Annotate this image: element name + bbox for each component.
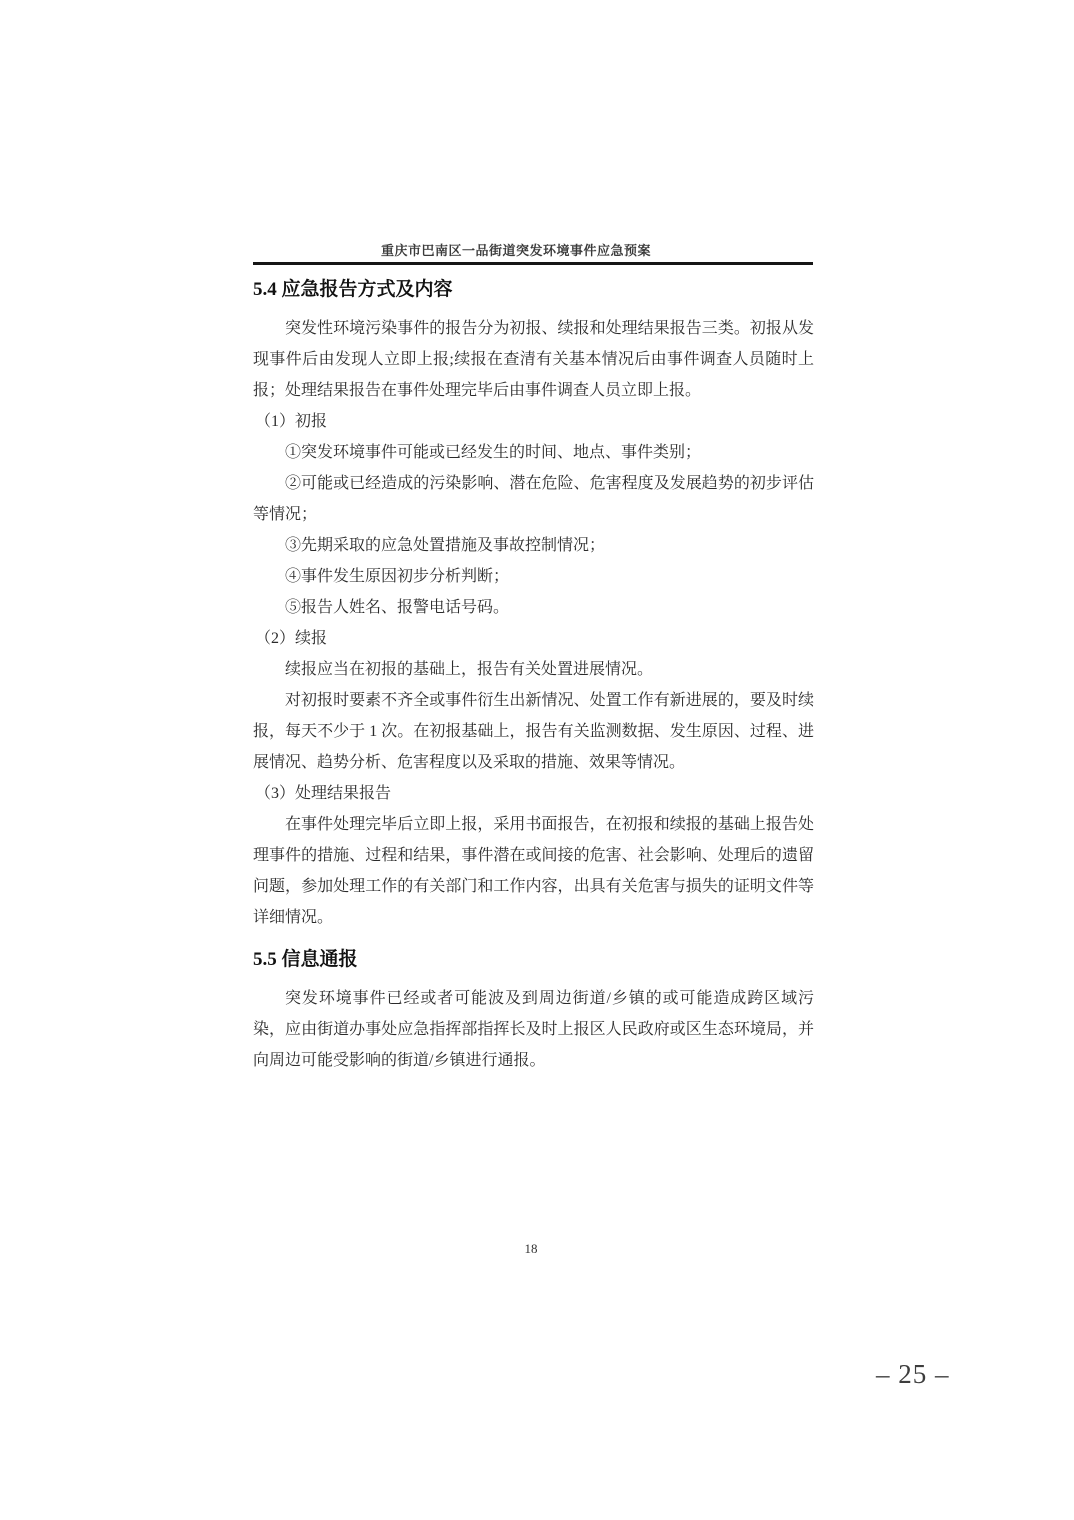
list-item-3: ③先期采取的应急处置措施及事故控制情况；: [253, 530, 814, 561]
paragraph-continued-report-1: 续报应当在初报的基础上，报告有关处置进展情况。: [253, 654, 814, 685]
paragraph-notification: 突发环境事件已经或者可能波及到周边街道/乡镇的或可能造成跨区域污染，应由街道办事…: [253, 983, 814, 1076]
running-header: 重庆市巴南区一品街道突发环境事件应急预案: [253, 242, 813, 260]
list-label-initial-report: （1）初报: [253, 406, 814, 437]
running-header-title: 重庆市巴南区一品街道突发环境事件应急预案: [381, 243, 651, 259]
list-label-result-report: （3）处理结果报告: [253, 778, 814, 809]
page-number-inner: 18: [0, 1241, 1062, 1257]
list-item-5: ⑤报告人姓名、报警电话号码。: [253, 592, 814, 623]
paragraph-continued-report-2: 对初报时要素不齐全或事件衍生出新情况、处置工作有新进展的，要及时续报，每天不少于…: [253, 685, 814, 778]
paragraph-intro: 突发性环境污染事件的报告分为初报、续报和处理结果报告三类。初报从发现事件后由发现…: [253, 313, 814, 406]
section-5-4-heading: 5.4 应急报告方式及内容: [253, 277, 814, 303]
list-label-continued-report: （2）续报: [253, 623, 814, 654]
paragraph-result-report: 在事件处理完毕后立即上报，采用书面报告，在初报和续报的基础上报告处理事件的措施、…: [253, 809, 814, 933]
document-body: 5.4 应急报告方式及内容 突发性环境污染事件的报告分为初报、续报和处理结果报告…: [253, 265, 814, 1076]
list-item-2: ②可能或已经造成的污染影响、潜在危险、危害程度及发展趋势的初步评估等情况；: [253, 468, 814, 530]
section-5-5-heading: 5.5 信息通报: [253, 947, 814, 973]
list-item-4: ④事件发生原因初步分析判断；: [253, 561, 814, 592]
document-page: 重庆市巴南区一品街道突发环境事件应急预案 5.4 应急报告方式及内容 突发性环境…: [0, 0, 1074, 1520]
list-item-1: ①突发环境事件可能或已经发生的时间、地点、事件类别；: [253, 437, 814, 468]
page-number-outer: – 25 –: [876, 1357, 950, 1391]
